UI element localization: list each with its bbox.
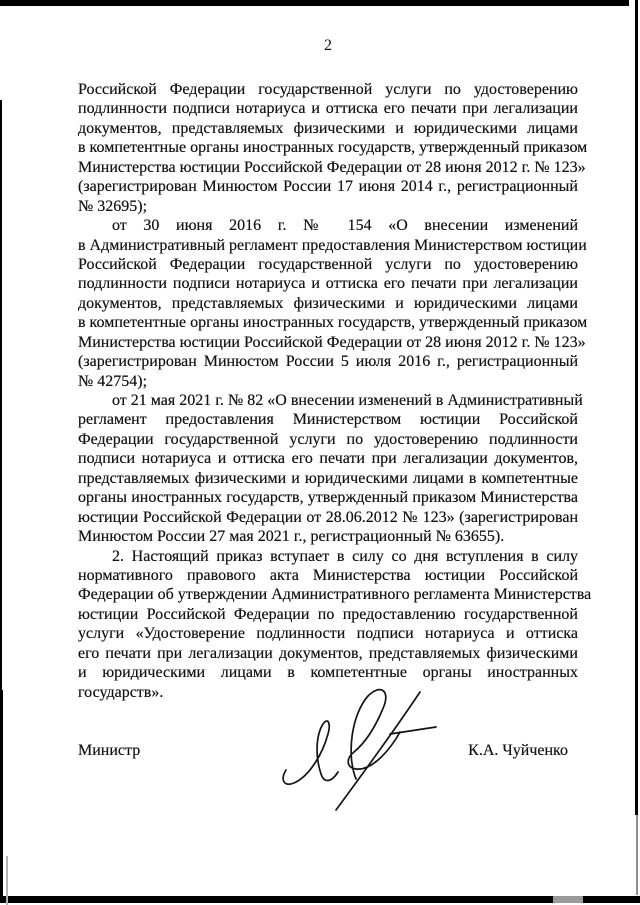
scan-edge-right (635, 0, 638, 815)
text-line: 2. Настоящий приказ вступает в силу со д… (78, 547, 578, 566)
scan-edge-bottom-faded (553, 896, 583, 903)
text-line: Российской Федерации государственной усл… (78, 255, 578, 274)
text-line: (зарегистрирован Минюстом России 17 июня… (78, 177, 578, 196)
text-line: от 21 мая 2021 г. № 82 «О внесении измен… (78, 391, 578, 410)
page-number: 2 (78, 37, 578, 55)
text-line: документов, представляемых физическими и… (78, 294, 578, 313)
text-line: Министерства юстиции Российской Федераци… (78, 158, 578, 177)
scan-edge-right-faded (636, 815, 638, 895)
scan-smudge (6, 856, 8, 905)
text-line: документов, представляемых физическими и… (78, 119, 578, 138)
text-line: услуги «Удостоверение подлинности подпис… (78, 624, 578, 643)
text-line: № 32695); (78, 197, 578, 216)
text-line: № 42754); (78, 372, 578, 391)
minister-signature-icon (278, 684, 448, 819)
text-line: в Административный регламент предоставле… (78, 236, 578, 255)
text-line: подлинности подписи нотариуса и оттиска … (78, 99, 578, 118)
text-line: регламент предоставления Министерством ю… (78, 410, 578, 429)
scan-edge-bottom (0, 896, 640, 903)
scan-edge-left-lower (0, 690, 3, 903)
text-line: (зарегистрирован Минюстом России 5 июля … (78, 352, 578, 371)
text-line: представляемых физическими и юридическим… (78, 469, 578, 488)
text-line: Министерства юстиции Российской Федераци… (78, 333, 578, 352)
text-line: в компетентные органы иностранных госуда… (78, 138, 578, 157)
text-line: в компетентные органы иностранных госуда… (78, 313, 578, 332)
text-line: нормативного правового акта Министерства… (78, 566, 578, 585)
signatory-title: Министр (78, 742, 140, 760)
text-line: Российской Федерации государственной усл… (78, 80, 578, 99)
text-line: Минюстом России 27 мая 2021 г., регистра… (78, 527, 578, 546)
signatory-name: К.А. Чуйченко (468, 742, 568, 760)
document-page: 2 Российской Федерации государственной у… (0, 0, 640, 905)
text-line: юстиции Российской Федерации от 28.06.20… (78, 508, 578, 527)
text-line: его печати при легализации документов, п… (78, 644, 578, 663)
text-line: от 30 июня 2016 г. № 154 «О внесении изм… (78, 216, 578, 235)
text-line: и юридическими лицами в компетентные орг… (78, 663, 578, 682)
paragraph-4: 2. Настоящий приказ вступает в силу со д… (78, 547, 578, 703)
scan-edge-top (0, 0, 629, 6)
paragraph-2: от 30 июня 2016 г. № 154 «О внесении изм… (78, 216, 578, 391)
text-line: Федерации государственной услуги по удос… (78, 430, 578, 449)
text-line: подлинности подписи нотариуса и оттиска … (78, 274, 578, 293)
paragraph-1: Российской Федерации государственной усл… (78, 80, 578, 216)
text-line: подписи нотариуса и оттиска его печати п… (78, 449, 578, 468)
paragraph-3: от 21 мая 2021 г. № 82 «О внесении измен… (78, 391, 578, 547)
text-line: юстиции Российской Федерации по предоста… (78, 605, 578, 624)
document-body: Российской Федерации государственной усл… (78, 80, 578, 702)
text-line: органы иностранных государств, утвержден… (78, 488, 578, 507)
text-line: Федерации об утверждении Административно… (78, 585, 578, 604)
